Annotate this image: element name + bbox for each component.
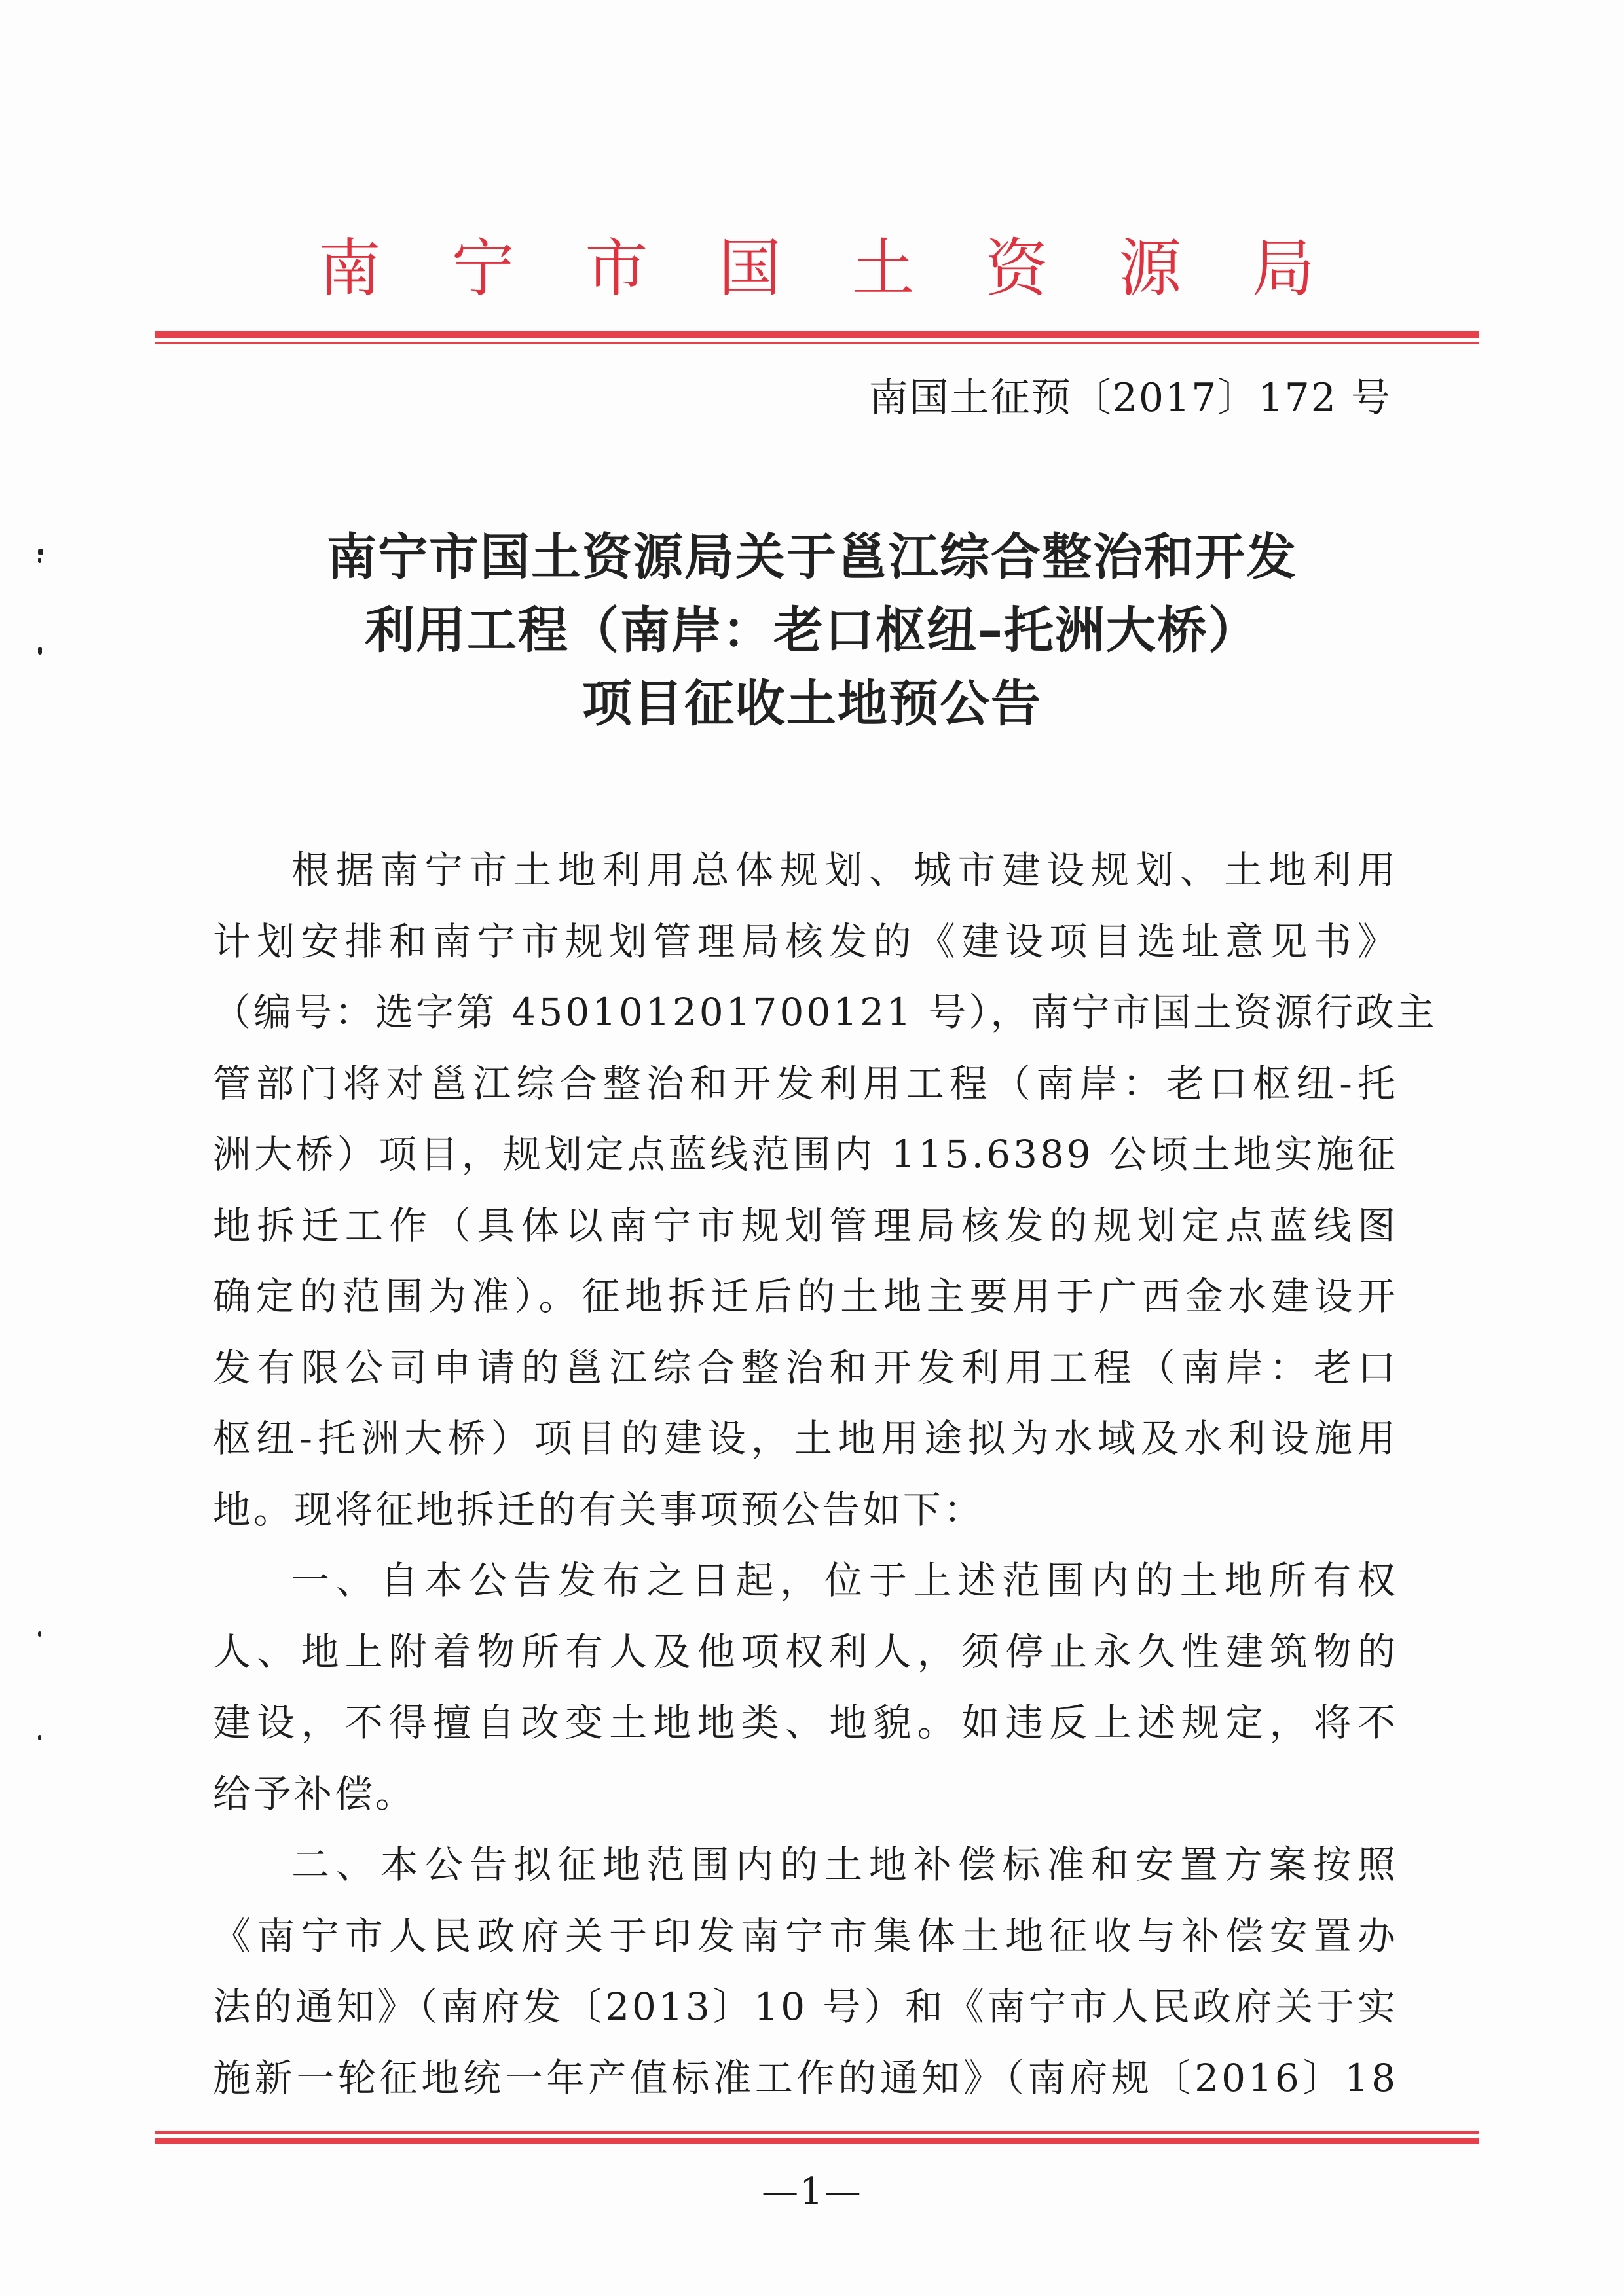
binding-hole-mark	[38, 549, 43, 555]
binding-hole-mark	[38, 647, 42, 655]
body-line: 施新一轮征地统一年产值标准工作的通知》（南府规〔2016〕18	[213, 2043, 1398, 2114]
body-line: 《南宁市人民政府关于印发南宁市集体土地征收与补偿安置办	[213, 1901, 1398, 1972]
body-line: 建设，不得擅自改变土地地类、地貌。如违反上述规定，将不	[213, 1687, 1398, 1758]
body-line: 人、地上附着物所有人及他项权利人，须停止永久性建筑物的	[213, 1616, 1398, 1688]
title-line: 项目征收土地预公告	[196, 667, 1428, 740]
masthead-char: 南	[318, 237, 381, 300]
masthead-char: 国	[718, 237, 781, 300]
masthead-org-name: 南 宁 市 国 土 资 源 局	[155, 223, 1479, 314]
body-line: 一、自本公告发布之日起，位于上述范围内的土地所有权	[213, 1545, 1398, 1616]
body-line: 法的通知》（南府发〔2013〕10 号）和《南宁市人民政府关于实	[213, 1971, 1398, 2043]
document-number: 南国土征预〔2017〕172 号	[869, 378, 1392, 418]
body-line: 洲大桥）项目，规划定点蓝线范围内 115.6389 公顷土地实施征	[213, 1119, 1398, 1190]
footer-rule-thick	[155, 2138, 1479, 2144]
masthead-char: 市	[585, 237, 648, 300]
body-line: 管部门将对邕江综合整治和开发利用工程（南岸：老口枢纽-托	[213, 1048, 1398, 1120]
title-line: 利用工程（南岸：老口枢纽–托洲大桥）	[196, 594, 1428, 667]
body-line: 计划安排和南宁市规划管理局核发的《建设项目选址意见书》	[213, 906, 1398, 977]
footer-rule-thin	[155, 2131, 1479, 2134]
body-line: 发有限公司申请的邕江综合整治和开发利用工程（南岸：老口	[213, 1332, 1398, 1404]
page-number: —1—	[0, 2170, 1624, 2213]
body-line: 根据南宁市土地利用总体规划、城市建设规划、土地利用	[213, 835, 1398, 906]
binding-hole-mark	[38, 1735, 41, 1740]
masthead-char: 宁	[452, 237, 515, 300]
masthead-char: 源	[1118, 237, 1181, 300]
body-line: 地拆迁工作（具体以南宁市规划管理局核发的规划定点蓝线图	[213, 1190, 1398, 1262]
masthead-char: 土	[852, 237, 915, 300]
body-line: （编号：选字第 450101201700121 号），南宁市国土资源行政主	[213, 977, 1398, 1048]
document-body: 根据南宁市土地利用总体规划、城市建设规划、土地利用 计划安排和南宁市规划管理局核…	[213, 835, 1398, 2113]
body-line: 地。现将征地拆迁的有关事项预公告如下：	[213, 1474, 1398, 1546]
masthead-char: 局	[1252, 237, 1315, 300]
document-title: 南宁市国土资源局关于邕江综合整治和开发 利用工程（南岸：老口枢纽–托洲大桥） 项…	[196, 520, 1428, 740]
header-rule-thin	[155, 342, 1479, 344]
binding-hole-mark	[38, 1631, 41, 1637]
masthead-char: 资	[986, 237, 1048, 300]
body-line: 确定的范围为准）。征地拆迁后的土地主要用于广西金水建设开	[213, 1261, 1398, 1332]
binding-hole-mark	[38, 558, 41, 563]
body-line: 二、本公告拟征地范围内的土地补偿标准和安置方案按照	[213, 1829, 1398, 1901]
body-line: 给予补偿。	[213, 1758, 1398, 1830]
title-line: 南宁市国土资源局关于邕江综合整治和开发	[196, 520, 1428, 594]
body-line: 枢纽-托洲大桥）项目的建设，土地用途拟为水域及水利设施用	[213, 1403, 1398, 1474]
header-rule-thick	[155, 331, 1479, 338]
